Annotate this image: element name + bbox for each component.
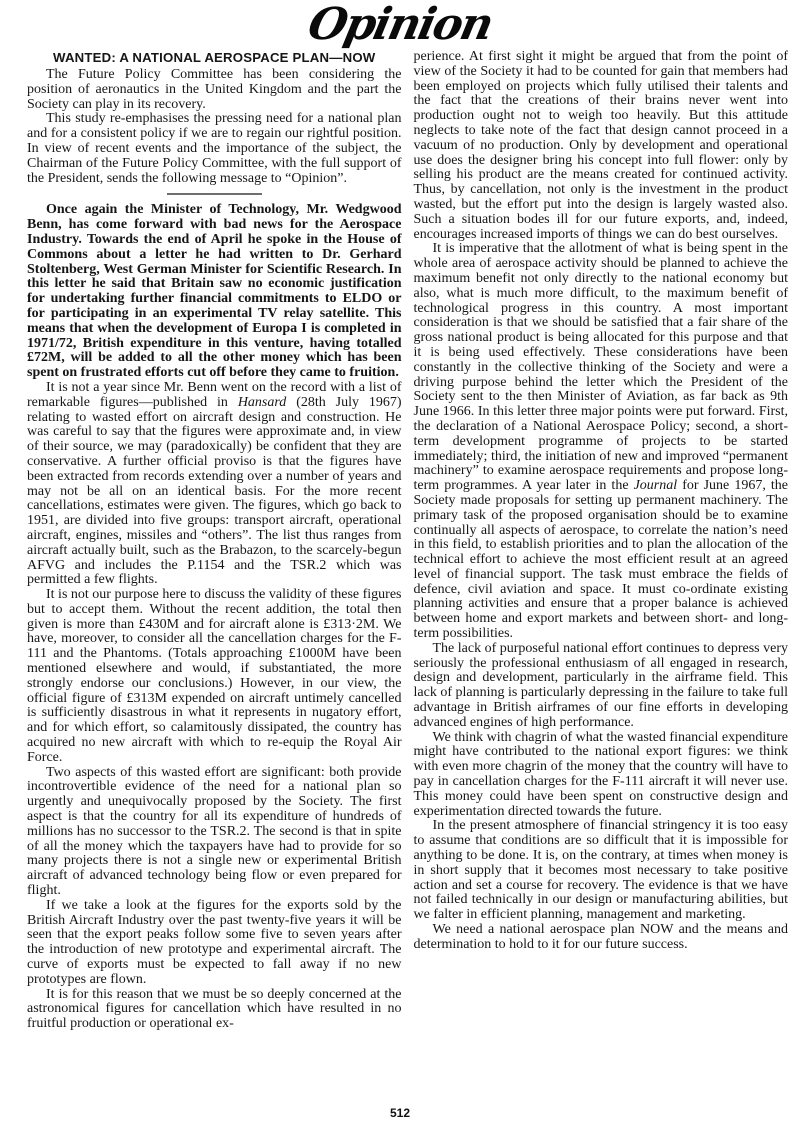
paragraph-right-3: The lack of purposeful national effort c… [414,642,789,731]
paragraph-left-8: It is for this reason that we must be so… [27,988,402,1032]
paragraph-left-5: It is not our purpose here to discuss th… [27,588,402,766]
left-column: WANTED: A NATIONAL AEROSPACE PLAN—NOW Th… [27,50,402,1032]
article-title: WANTED: A NATIONAL AEROSPACE PLAN—NOW [27,50,402,66]
paragraph-intro-1: The Future Policy Committee has been con… [27,68,402,112]
journal-page: Opinion WANTED: A NATIONAL AEROSPACE PLA… [0,0,800,1130]
paragraph-message-bold: Once again the Minister of Technology, M… [27,203,402,381]
paragraph-right-2: It is imperative that the allotment of w… [414,242,789,642]
paragraph-right-1: perience. At first sight it might be arg… [414,50,789,242]
page-number: 512 [0,1106,800,1120]
paragraph-right-6: We need a national aerospace plan NOW an… [414,923,789,953]
paragraph-left-7: If we take a look at the figures for the… [27,899,402,988]
paragraph-right-5: In the present atmosphere of financial s… [414,819,789,923]
masthead: Opinion [0,0,800,48]
paragraph-right-4: We think with chagrin of what the wasted… [414,731,789,820]
paragraph-intro-2: This study re-emphasises the pressing ne… [27,112,402,186]
article-columns: WANTED: A NATIONAL AEROSPACE PLAN—NOW Th… [0,48,800,1032]
paragraph-left-4: It is not a year since Mr. Benn went on … [27,381,402,588]
masthead-title: Opinion [304,2,496,48]
paragraph-left-6: Two aspects of this wasted effort are si… [27,766,402,899]
section-divider [167,193,262,195]
right-column: perience. At first sight it might be arg… [414,50,789,1032]
